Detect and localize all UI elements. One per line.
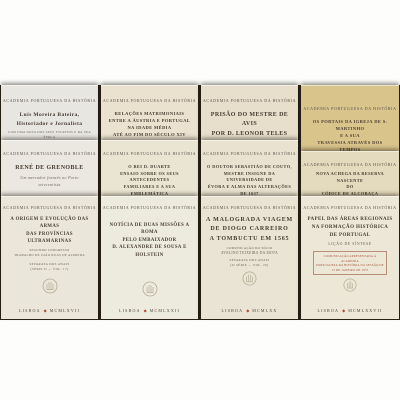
book-cover: ACADEMIA PORTUGUESA DA HISTÓRIA RENÉ DE …	[1, 140, 98, 196]
book-title: NOVA ACHEGA DA RESERVA NASCENTE DO CÓDIC…	[301, 171, 399, 196]
publisher-header: ACADEMIA PORTUGUESA DA HISTÓRIA	[201, 151, 298, 156]
book-cover: ACADEMIA PORTUGUESA DA HISTÓRIA NOVA ACH…	[301, 151, 399, 196]
publisher-mark-icon: ◆	[144, 308, 147, 313]
imprint: LISBOA◆MCMLXXVII	[301, 308, 399, 313]
publisher-header: ACADEMIA PORTUGUESA DA HISTÓRIA	[1, 205, 98, 210]
series-note: SEPARATA DOS ANAIS (SÉRIE II — VOL. 17)	[1, 262, 98, 273]
academy-seal-icon	[343, 278, 357, 292]
book-title: PRISÃO DO MESTRE DE AVIS POR D. LEONOR T…	[201, 111, 298, 139]
book-subtitle: COM UMA NOTA DOS SEUS ESCRITOS E DA SUA …	[1, 130, 98, 140]
publisher-header: ACADEMIA PORTUGUESA DA HISTÓRIA	[101, 98, 198, 103]
book-title: PAPEL DAS ÁREAS REGIONAIS NA FORMAÇÃO HI…	[301, 216, 399, 239]
series-note: SEPARATA DOS ANAIS (II SÉRIE — VOL. 20)	[201, 258, 298, 269]
book-cover: ACADEMIA PORTUGUESA DA HISTÓRIA RELAÇÕES…	[101, 85, 198, 141]
publisher-mark-icon: ◆	[44, 308, 47, 313]
publisher-header: ACADEMIA PORTUGUESA DA HISTÓRIA	[301, 205, 399, 210]
book-cover: ACADEMIA PORTUGUESA DA HISTÓRIA A MALOGR…	[201, 196, 298, 319]
book-title: O DOUTOR SEBASTIÃO DE COUTO, MESTRE INSI…	[201, 164, 298, 196]
publisher-header: ACADEMIA PORTUGUESA DA HISTÓRIA	[201, 98, 298, 103]
book-subtitle: Um mercador francês no Porto setecentist…	[1, 175, 98, 188]
publisher-header: ACADEMIA PORTUGUESA DA HISTÓRIA	[101, 151, 198, 156]
book-cover: ACADEMIA PORTUGUESA DA HISTÓRIA OS PORTA…	[301, 85, 399, 151]
academy-seal-icon	[42, 278, 58, 294]
imprint: LISBOA◆MCMLXVII	[1, 308, 98, 313]
book-cover: ACADEMIA PORTUGUESA DA HISTÓRIA PAPEL DA…	[301, 196, 399, 319]
book-cover: ACADEMIA PORTUGUESA DA HISTÓRIA PRISÃO D…	[201, 85, 298, 141]
imprint: LISBOA◆MCMLXXII	[101, 308, 198, 313]
book-title: RELAÇÕES MATRIMONIAIS ENTRE A ÁUSTRIA E …	[101, 111, 198, 139]
book-title: A ORIGEM E EVOLUÇÃO DAS ARMAS DAS PROVÍN…	[1, 216, 98, 246]
book-cover: ACADEMIA PORTUGUESA DA HISTÓRIA O DOUTOR…	[201, 140, 298, 196]
book-title: A MALOGRADA VIAGEM DE DIOGO CARREIRO A T…	[201, 216, 298, 244]
book-cover: ACADEMIA PORTUGUESA DA HISTÓRIA Luís Mor…	[1, 85, 98, 141]
books-photo: ACADEMIA PORTUGUESA DA HISTÓRIA Luís Mor…	[0, 0, 400, 400]
book-subtitle: SEGUNDO CONGRESSO TRABALHO DE JOÃO RUAS …	[1, 248, 98, 258]
book-subtitle: COMUNICAÇÃO DO SÓCIO AVELINO TEIXEIRA DA…	[201, 246, 298, 257]
book-cover: ACADEMIA PORTUGUESA DA HISTÓRIA O REI D.…	[101, 140, 198, 196]
book-title: O REI D. DUARTE ENSAIO SOBRE OS SEUS ANT…	[101, 164, 198, 196]
publisher-mark-icon: ◆	[342, 308, 345, 313]
academy-seal-icon	[242, 271, 257, 286]
book-title: NOTÍCIA DE DUAS MISSÕES A ROMA PELO EMBA…	[101, 222, 198, 259]
book-title: OS PORTAIS DA IGREJA DE S. MARTINHO E A …	[301, 119, 399, 151]
session-note: COMUNICAÇÃO APRESENTADA À ACADEMIA PORTU…	[313, 251, 387, 275]
book-cover: ACADEMIA PORTUGUESA DA HISTÓRIA A ORIGEM…	[1, 196, 98, 319]
book-subtitle: LIÇÃO DE SÍNTESE	[301, 241, 399, 247]
publisher-header: ACADEMIA PORTUGUESA DA HISTÓRIA	[201, 205, 298, 210]
book-title: RENÉ DE GRENOBLE	[1, 164, 98, 173]
publisher-header: ACADEMIA PORTUGUESA DA HISTÓRIA	[101, 205, 198, 210]
book-title: Luís Moreira Bateira, Historiador e Jorn…	[1, 111, 98, 128]
publisher-mark-icon: ◆	[246, 308, 249, 313]
academy-seal-icon	[142, 281, 158, 297]
publisher-header: ACADEMIA PORTUGUESA DA HISTÓRIA	[1, 98, 98, 103]
imprint: LISBOA◆MCMLXX	[201, 308, 298, 313]
publisher-header: ACADEMIA PORTUGUESA DA HISTÓRIA	[301, 106, 399, 111]
publisher-header: ACADEMIA PORTUGUESA DA HISTÓRIA	[1, 151, 98, 156]
book-cover: ACADEMIA PORTUGUESA DA HISTÓRIA NOTÍCIA …	[101, 196, 198, 319]
publisher-header: ACADEMIA PORTUGUESA DA HISTÓRIA	[301, 162, 399, 167]
